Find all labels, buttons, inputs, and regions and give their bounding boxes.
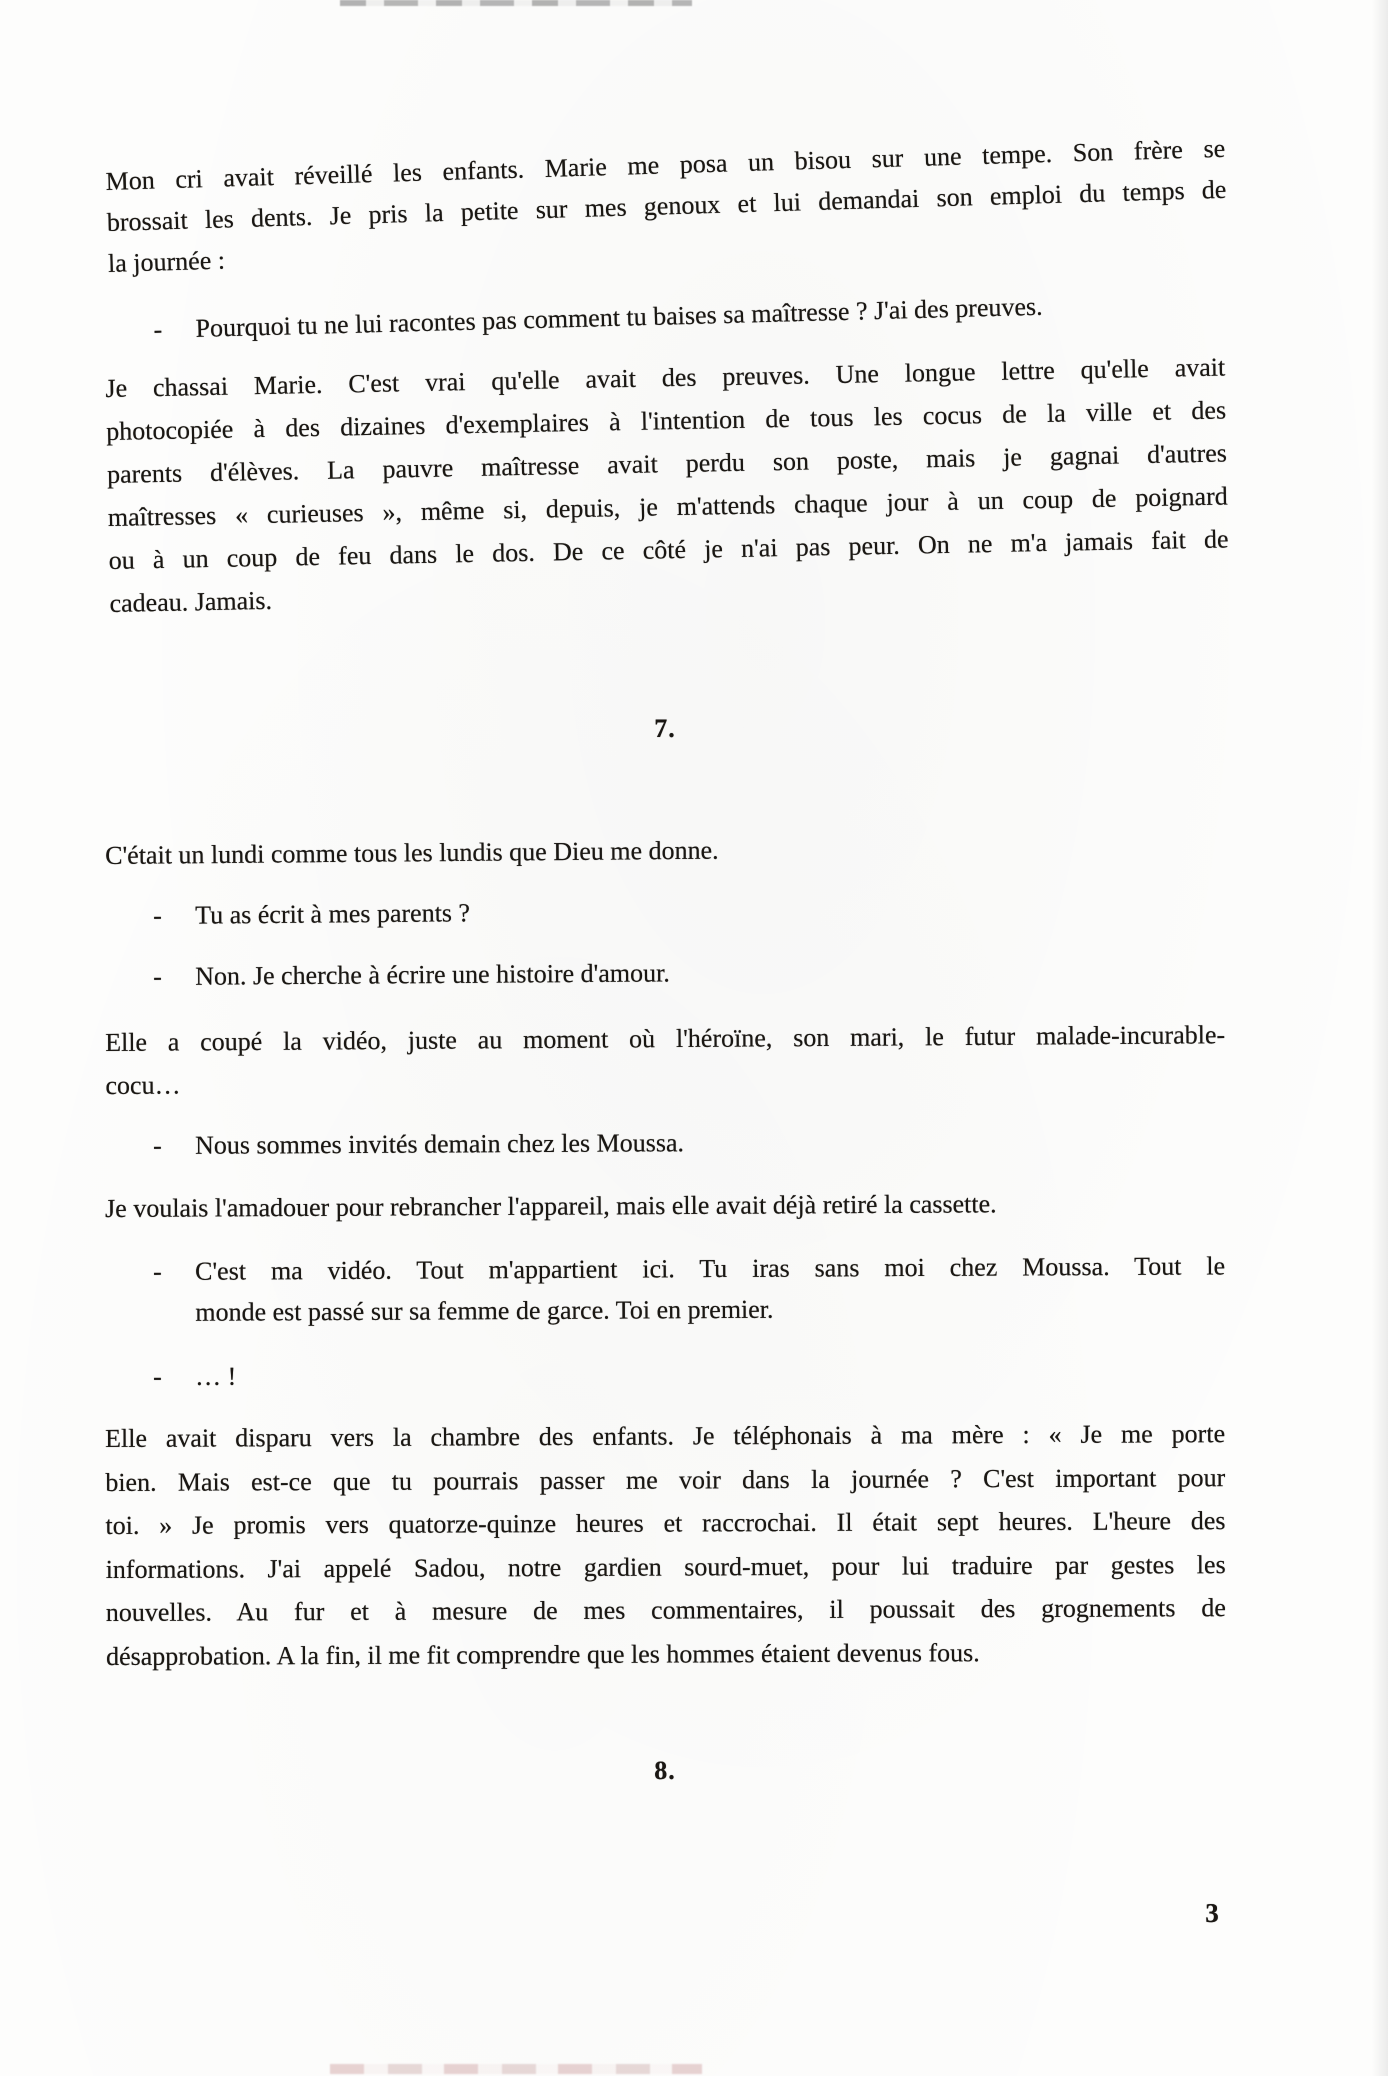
- paragraph-block: Je voulais l'amadouer pour rebrancher l'…: [105, 1181, 1225, 1230]
- text-line: toi. » Je promis vers quatorze-quinze he…: [105, 1499, 1225, 1547]
- text-line: -C'est ma vidéo. Tout m'appartient ici. …: [153, 1245, 1225, 1292]
- section-number: 8.: [654, 1756, 676, 1785]
- paragraph-block: Je chassai Marie. C'est vrai qu'elle ava…: [105, 345, 1230, 624]
- page-number: 3: [1196, 1898, 1228, 1929]
- bottom-edge-scan-smudge: [330, 2064, 702, 2074]
- dialogue-block: -Non. Je cherche à écrire une histoire d…: [153, 949, 1225, 997]
- dialogue-text: Tu as écrit à mes parents ?: [195, 898, 470, 929]
- dialogue-text: … !: [195, 1362, 236, 1391]
- dialogue-dash: -: [153, 895, 195, 936]
- paragraph-block: Mon cri avait réveillé les enfants. Mari…: [105, 128, 1228, 284]
- section-number: 7.: [654, 714, 676, 743]
- text-line: Elle avait disparu vers la chambre des e…: [105, 1412, 1225, 1460]
- dialogue-dash: -: [153, 1125, 195, 1166]
- dialogue-block: -Tu as écrit à mes parents ?: [153, 886, 1225, 936]
- text-line: -… !: [153, 1352, 1225, 1397]
- text-line: informations. J'ai appelé Sadou, notre g…: [106, 1543, 1226, 1591]
- text-line: -Pourquoi tu ne lui racontes pas comment…: [153, 281, 1226, 350]
- dialogue-text: Pourquoi tu ne lui racontes pas comment …: [195, 292, 1043, 343]
- paragraph-block: Elle a coupé la vidéo, juste au moment o…: [105, 1013, 1226, 1107]
- dialogue-text: Non. Je cherche à écrire une histoire d'…: [195, 958, 670, 990]
- dialogue-block: -C'est ma vidéo. Tout m'appartient ici. …: [153, 1245, 1225, 1333]
- text-line: C'était un lundi comme tous les lundis q…: [105, 824, 1225, 877]
- text-line: désapprobation. A la fin, il me fit comp…: [106, 1630, 1226, 1678]
- section-marker: 7.: [105, 707, 1225, 750]
- dialogue-block: -Nous sommes invités demain chez les Mou…: [153, 1119, 1225, 1166]
- top-edge-scan-smudge: [340, 0, 692, 6]
- text-line: nouvelles. Au fur et à mesure de mes com…: [106, 1586, 1226, 1634]
- text-line: Je voulais l'amadouer pour rebrancher l'…: [105, 1181, 1225, 1230]
- text-line: monde est passé sur sa femme de garce. T…: [153, 1286, 1225, 1333]
- text-line: Elle a coupé la vidéo, juste au moment o…: [105, 1013, 1225, 1064]
- text-line: -Tu as écrit à mes parents ?: [153, 886, 1225, 936]
- dialogue-text: C'est ma vidéo. Tout m'appartient ici. T…: [195, 1251, 1225, 1285]
- paragraph-block: Elle avait disparu vers la chambre des e…: [105, 1412, 1226, 1678]
- right-edge-scan-shade: [1372, 0, 1388, 2076]
- scanned-book-page: 3 Mon cri avait réveillé les enfants. Ma…: [0, 0, 1388, 2076]
- dialogue-dash: -: [153, 308, 196, 350]
- dialogue-dash: -: [153, 1251, 195, 1292]
- dialogue-dash: -: [153, 1356, 195, 1397]
- text-line: -Non. Je cherche à écrire une histoire d…: [153, 949, 1225, 997]
- dialogue-text: Nous sommes invités demain chez les Mous…: [195, 1128, 684, 1160]
- dialogue-block: -… !: [153, 1352, 1225, 1397]
- paragraph-block: C'était un lundi comme tous les lundis q…: [105, 824, 1225, 877]
- dialogue-block: -Pourquoi tu ne lui racontes pas comment…: [153, 281, 1226, 350]
- text-line: bien. Mais est-ce que tu pourrais passer…: [105, 1456, 1225, 1504]
- text-line: cocu…: [105, 1056, 1225, 1107]
- section-marker: 8.: [105, 1749, 1225, 1792]
- text-line: -Nous sommes invités demain chez les Mou…: [153, 1119, 1225, 1166]
- dialogue-dash: -: [153, 956, 195, 997]
